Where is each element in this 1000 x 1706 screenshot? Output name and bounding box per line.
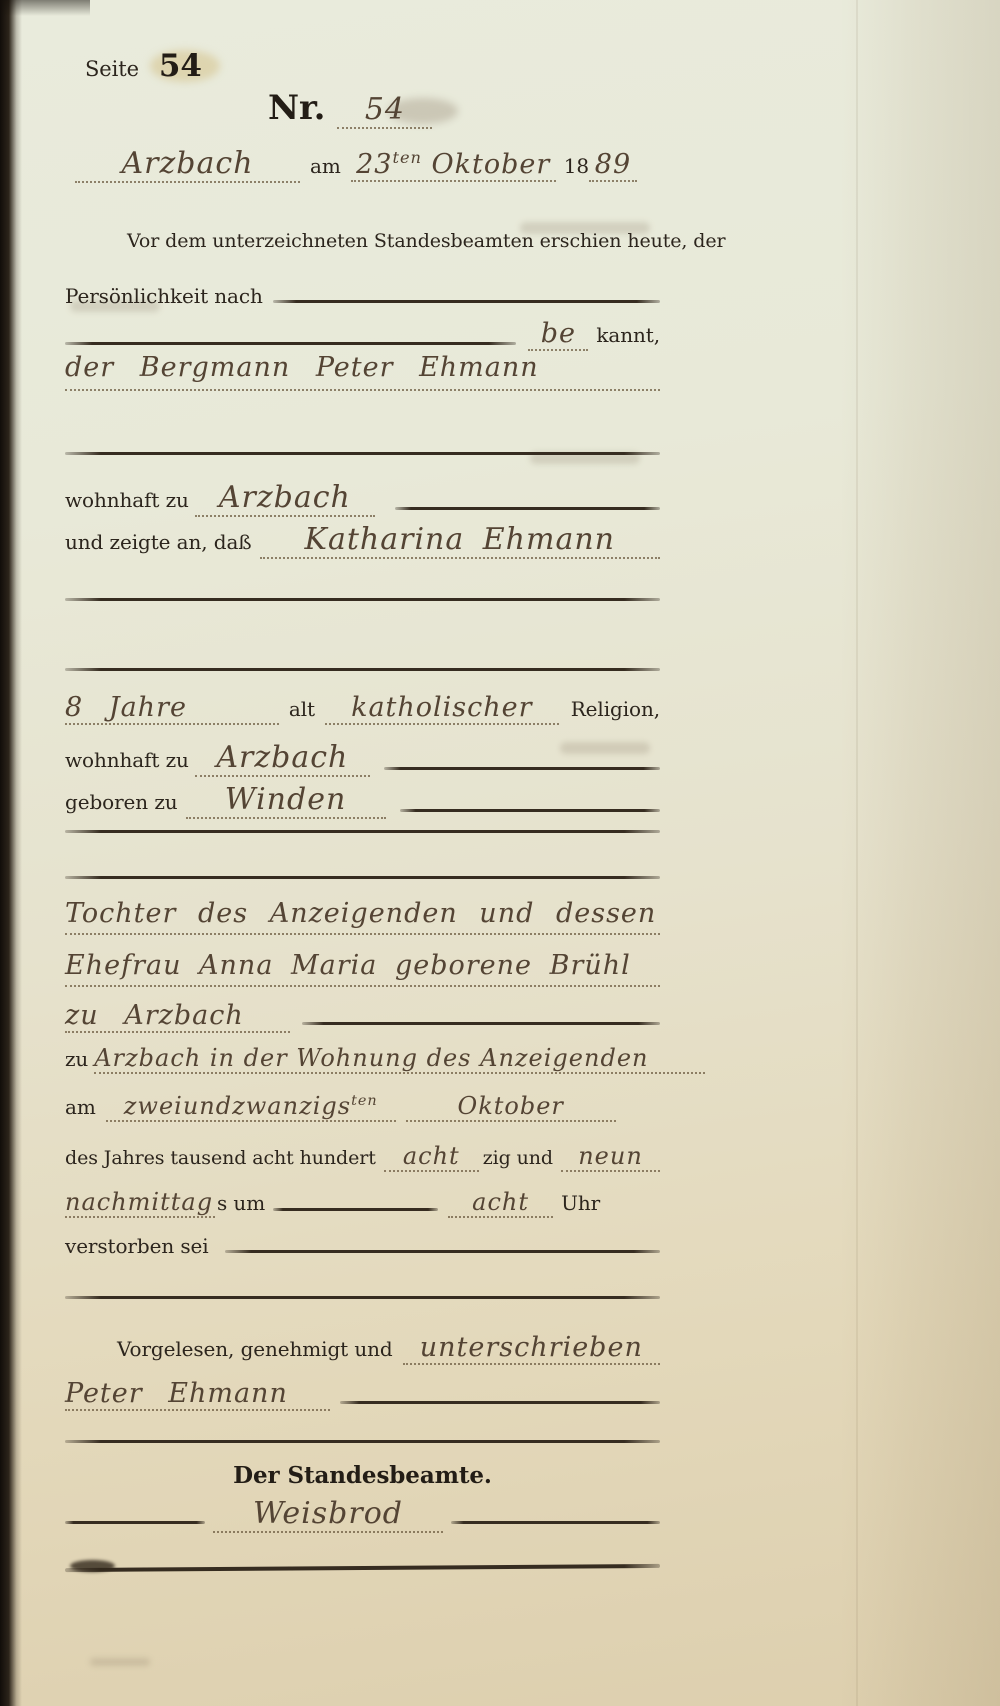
declarant-residence: Arzbach: [195, 480, 375, 517]
geboren-zu-label: geboren zu: [65, 790, 178, 814]
record-date: 23ten Oktober: [351, 148, 556, 182]
fill-line: [65, 342, 516, 345]
fill-line: [451, 1521, 660, 1524]
death-day-row: am zweiundzwanzigsten Oktober: [65, 1092, 660, 1122]
nr-label: Nr.: [268, 88, 325, 128]
declarant-residence-row: wohnhaft zu Arzbach: [65, 480, 660, 517]
fill-line: [65, 1521, 205, 1524]
declarant-row: der Bergmann Peter Ehmann: [65, 352, 660, 391]
filiation-row-1: Tochter des Anzeigenden und dessen: [65, 898, 660, 935]
daytime-value: nachmittag: [65, 1188, 215, 1218]
vorgelesen-row: Vorgelesen, genehmigt und unterschrieben: [65, 1332, 660, 1365]
filiation-line-1: Tochter des Anzeigenden und dessen: [65, 898, 660, 935]
age-religion-row: 8 Jahre alt katholischer Religion,: [65, 692, 660, 725]
residence-value: Arzbach: [195, 740, 370, 777]
filiation-line-3: zu Arzbach: [65, 1000, 290, 1033]
bekannt-row: be kannt,: [65, 318, 660, 351]
filiation-row-3: zu Arzbach: [65, 1000, 660, 1033]
official-signature: Weisbrod: [213, 1496, 443, 1533]
death-place-row: zu Arzbach in der Wohnung des Anzeigende…: [65, 1044, 705, 1074]
ink-blot: [70, 1560, 115, 1572]
death-time-row: nachmittag s um acht Uhr: [65, 1188, 660, 1218]
filiation-line-2: Ehefrau Anna Maria geborene Brühl: [65, 950, 660, 987]
registry-place: Arzbach: [75, 146, 300, 183]
zig-und-label: zig und: [483, 1147, 553, 1169]
official-title: Der Standesbeamte.: [233, 1462, 492, 1489]
religion-value: katholischer: [325, 692, 559, 725]
verstorben-row: verstorben sei: [65, 1234, 660, 1258]
fill-line: [65, 1296, 660, 1299]
date-line: Arzbach am 23ten Oktober 18 89: [75, 146, 655, 183]
birthplace-value: Winden: [186, 782, 386, 819]
record-number-row: Nr. 54: [268, 88, 432, 129]
hour-value: acht: [448, 1188, 553, 1218]
fill-line: [65, 452, 660, 455]
death-record-scan: Seite 54 Nr. 54 Arzbach am 23ten Oktober…: [0, 0, 1000, 1706]
am-label: am: [310, 154, 341, 178]
age-value: 8 Jahre: [65, 692, 279, 725]
residence-row: wohnhaft zu Arzbach: [65, 740, 660, 777]
fill-line: [65, 598, 660, 601]
book-binding-edge: [0, 0, 22, 1706]
fill-line: [302, 1022, 660, 1025]
fill-line: [395, 507, 660, 510]
religion-label: Religion,: [571, 697, 660, 721]
year-phrase-label: des Jahres tausend acht hundert: [65, 1147, 376, 1169]
declarant-name: der Bergmann Peter Ehmann: [65, 352, 660, 391]
verstorben-label: verstorben sei: [65, 1234, 209, 1258]
page-edge-line: [856, 0, 858, 1706]
fill-line: [273, 1208, 438, 1211]
persoenlichkeit-row: Persönlichkeit nach: [65, 284, 660, 308]
year-tens-value: acht: [384, 1142, 479, 1172]
intro-line: Vor dem unterzeichneten Standesbeamten e…: [65, 230, 665, 252]
wohnhaft-zu-label-2: wohnhaft zu: [65, 748, 189, 772]
declarant-signature: Peter Ehmann: [65, 1378, 330, 1411]
page-number: 54: [159, 48, 202, 84]
year-ones-value: neun: [561, 1142, 660, 1172]
declarant-signature-row: Peter Ehmann: [65, 1378, 660, 1411]
fill-line: [65, 668, 660, 671]
page-curvature-shade: [840, 0, 1000, 1706]
death-year-row: des Jahres tausend acht hundert acht zig…: [65, 1142, 660, 1172]
fill-line: [65, 830, 660, 833]
year-printed: 18: [564, 154, 589, 178]
fill-line: [65, 876, 660, 879]
deceased-row: und zeigte an, daß Katharina Ehmann: [65, 522, 660, 559]
fill-line: [273, 300, 660, 303]
kannt-label: kannt,: [596, 323, 660, 347]
death-month-value: Oktober: [406, 1092, 616, 1122]
zeigte-an-label: und zeigte an, daß: [65, 530, 252, 554]
persoenlichkeit-label: Persönlichkeit nach: [65, 284, 263, 308]
death-place-value: Arzbach in der Wohnung des Anzeigenden: [94, 1044, 705, 1074]
am-label-2: am: [65, 1095, 96, 1119]
deceased-name: Katharina Ehmann: [260, 522, 660, 559]
be-handwritten: be: [528, 318, 588, 351]
intro-text: Vor dem unterzeichneten Standesbeamten e…: [65, 230, 665, 252]
death-day-value: zweiundzwanzigsten: [106, 1092, 396, 1122]
year-handwritten: 89: [589, 149, 637, 182]
official-signature-row: Weisbrod: [65, 1496, 660, 1533]
zu-label: zu: [65, 1047, 88, 1071]
uhr-label: Uhr: [561, 1191, 600, 1215]
fill-line: [225, 1250, 660, 1253]
vorgelesen-label: Vorgelesen, genehmigt und: [117, 1337, 393, 1361]
wohnhaft-zu-label: wohnhaft zu: [65, 488, 189, 512]
fill-line: [340, 1401, 660, 1404]
seite-label: Seite: [85, 57, 139, 81]
fill-line: [384, 767, 660, 770]
page-number-row: Seite 54: [85, 48, 202, 84]
unterschrieben-value: unterschrieben: [403, 1332, 660, 1365]
pencil-mark: [90, 1658, 150, 1666]
fill-line: [400, 809, 660, 812]
record-number-value: 54: [337, 92, 432, 129]
fill-line: [65, 1440, 660, 1443]
s-um-label: s um: [217, 1191, 265, 1215]
birthplace-row: geboren zu Winden: [65, 782, 660, 819]
filiation-row-2: Ehefrau Anna Maria geborene Brühl: [65, 950, 660, 987]
official-title-row: Der Standesbeamte.: [65, 1462, 660, 1489]
top-corner-shadow: [0, 0, 90, 16]
fill-line: [65, 1564, 660, 1572]
alt-label: alt: [289, 697, 315, 721]
